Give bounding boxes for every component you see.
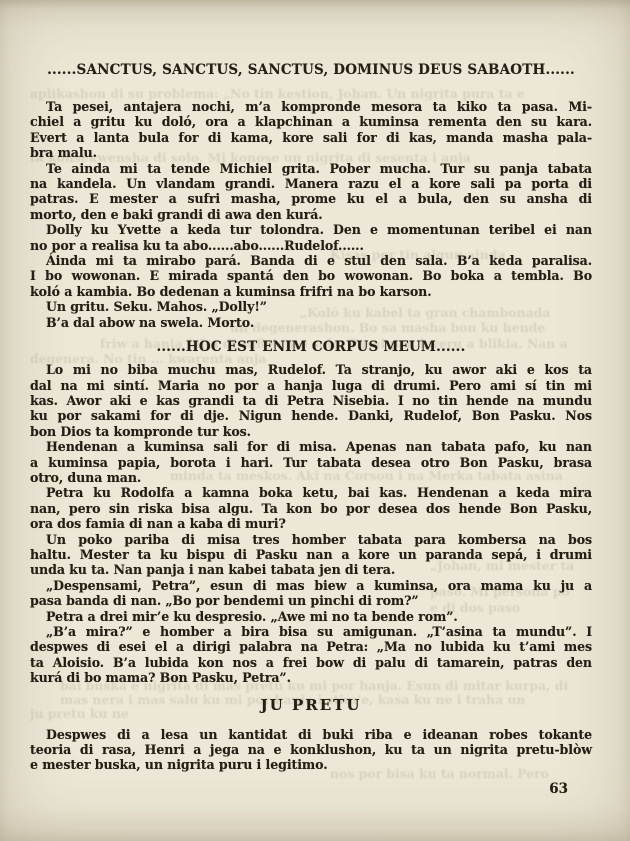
text-line: otro, duna man. (30, 470, 592, 485)
book-page: aplikashon di su problema: „No tin kesti… (0, 0, 630, 841)
text-line: a kuminsa papia, borota i hari. Tur taba… (30, 455, 592, 470)
text-line: B’a dal abow na swela. Morto. (30, 315, 592, 330)
text-line: I bo wowonan. E mirada spantá den bo wow… (30, 268, 592, 283)
paragraph: Te ainda mi ta tende Michiel grita. Pobe… (30, 161, 592, 223)
text-line: Áinda mi ta mirabo pará. Banda di e stul… (30, 253, 592, 268)
text-line: morto, den e baki grandi di awa den kurá… (30, 207, 592, 222)
paragraph: Áinda mi ta mirabo pará. Banda di e stul… (30, 253, 592, 299)
text-line: na kandela. Un vlandam grandi. Manera ra… (30, 176, 592, 191)
text-line: haltu. Mester ta ku bispu di Pasku nan a… (30, 547, 592, 562)
paragraph: B’a dal abow na swela. Morto. (30, 315, 592, 330)
text-line: unda ku ta. Nan panja i nan kabei tabata… (30, 562, 592, 577)
text-line: e mester buska, un nigrita puru i legiti… (30, 757, 592, 772)
text-block: ......SANCTUS, SANCTUS, SANCTUS, DOMINUS… (30, 62, 592, 773)
text-line: „B’a mira?” e homber a bira bisa su amig… (30, 624, 592, 639)
text-line: Lo mi no biba muchu mas, Rudelof. Ta str… (30, 362, 592, 377)
paragraph: Despwes di a lesa un kantidat di buki ri… (30, 727, 592, 773)
text-line: dal na mi sintí. Maria no por a hanja lu… (30, 378, 592, 393)
paragraph: Un gritu. Seku. Mahos. „Dolly!” (30, 299, 592, 314)
text-line: pasa banda di nan. „Bo por bendemi un pi… (30, 593, 592, 608)
text-line: no por a realisa ku ta abo......abo.....… (30, 238, 592, 253)
paragraph: Dolly ku Yvette a keda tur tolondra. Den… (30, 222, 592, 253)
paragraph: Petra a drei mir’e ku despresio. „Awe mi… (30, 609, 592, 624)
text-line: Petra ku Rodolfa a kamna boka ketu, bai … (30, 485, 592, 500)
text-line: Petra a drei mir’e ku despresio. „Awe mi… (30, 609, 592, 624)
text-line: ku por sakami for di dje. Nigun hende. D… (30, 408, 592, 423)
text-line: chiel a gritu ku doló, ora a klapchinan … (30, 114, 592, 129)
text-line: kurá di bo mama? Bon Pasku, Petra”. (30, 670, 592, 685)
text-line: Te ainda mi ta tende Michiel grita. Pobe… (30, 161, 592, 176)
text-line: kas. Awor aki e kas grandi ta di Petra N… (30, 393, 592, 408)
text-line: Un gritu. Seku. Mahos. „Dolly!” (30, 299, 592, 314)
text-line: Despwes di a lesa un kantidat di buki ri… (30, 727, 592, 742)
paragraph: Hendenan a kuminsa sali for di misa. Ape… (30, 439, 592, 485)
page-number: 63 (549, 781, 568, 797)
text-line: Evert a lanta bula for di kama, kore sal… (30, 130, 592, 145)
text-line: Dolly ku Yvette a keda tur tolondra. Den… (30, 222, 592, 237)
text-line: ta Aloisio. B’a lubida kon nos a frei bo… (30, 655, 592, 670)
text-line: teoria di rasa, Henri a jega na e konklu… (30, 742, 592, 757)
paragraph: „B’a mira?” e homber a bira bisa su amig… (30, 624, 592, 686)
text-line: despwes di esei el a dirigi palabra na P… (30, 639, 592, 654)
text-line: bra malu. (30, 145, 592, 160)
text-line: „Despensami, Petra”, esun di mas biew a … (30, 578, 592, 593)
paragraph: Petra ku Rodolfa a kamna boka ketu, bai … (30, 485, 592, 531)
paragraph: Ta pesei, antajera nochi, m’a kompronde … (30, 99, 592, 161)
text-line: ora dos famia di nan a kaba di muri? (30, 516, 592, 531)
section-heading-ju-pretu: JU PRETU (30, 696, 592, 714)
section-heading-hoc-est: ......HOC EST ENIM CORPUS MEUM...... (30, 339, 592, 355)
text-line: koló a kambia. Bo dedenan a kuminsa frif… (30, 284, 592, 299)
text-line: Hendenan a kuminsa sali for di misa. Ape… (30, 439, 592, 454)
paragraph: Un poko pariba di misa tres homber tabat… (30, 532, 592, 578)
text-line: bon Dios ta kompronde tur kos. (30, 424, 592, 439)
text-line: Ta pesei, antajera nochi, m’a kompronde … (30, 99, 592, 114)
text-line: nan, pero sin riska bisa algu. Ta kon bo… (30, 501, 592, 516)
section-heading-sanctus: ......SANCTUS, SANCTUS, SANCTUS, DOMINUS… (30, 62, 592, 78)
text-line: patras. E mester a sufri masha, prome ku… (30, 191, 592, 206)
paragraph: „Despensami, Petra”, esun di mas biew a … (30, 578, 592, 609)
paragraph: Lo mi no biba muchu mas, Rudelof. Ta str… (30, 362, 592, 439)
text-line: Un poko pariba di misa tres homber tabat… (30, 532, 592, 547)
